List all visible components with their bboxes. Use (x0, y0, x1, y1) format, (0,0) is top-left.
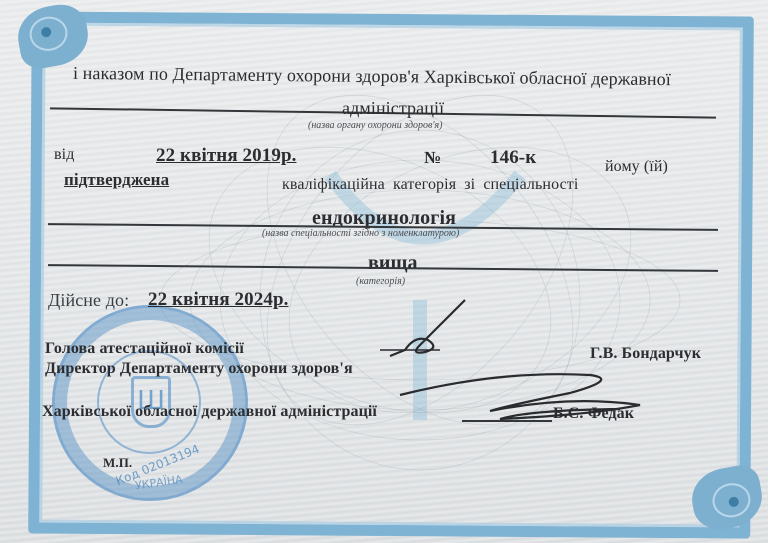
signatory-role-2-line-1: Директор Департаменту охорони здоров'я (45, 360, 353, 378)
order-number: 146-к (490, 147, 536, 169)
category-caption: (категорія) (356, 276, 405, 287)
signatory-role-2-line-2: Харківської обласної державної адміністр… (42, 403, 377, 421)
seal-place-label: М.П. (103, 455, 132, 471)
status-value: підтверджена (64, 170, 169, 190)
order-caption: (назва органу охорони здоров'я) (308, 120, 443, 131)
category-phrase: кваліфікаційна категорія зі спеціальност… (282, 176, 578, 194)
signature-2-icon (390, 365, 650, 425)
order-line-2: адміністрації (342, 98, 444, 119)
specialty-caption: (назва спеціальності згідно з номенклату… (262, 228, 459, 239)
signatory-role-1: Голова атестаційної комісії (45, 340, 244, 358)
to-whom-label: йому (їй) (605, 158, 668, 176)
signature-1-icon (380, 290, 490, 370)
signatory-name-1: Г.В. Бондарчук (590, 345, 701, 363)
valid-until-date: 22 квітня 2024р. (148, 289, 288, 311)
order-date: 22 квітня 2019р. (156, 145, 296, 167)
number-sign: № (424, 148, 441, 168)
category-value: вища (368, 252, 418, 275)
valid-until-label: Дійсне до: (48, 290, 129, 311)
from-label: від (54, 146, 74, 164)
